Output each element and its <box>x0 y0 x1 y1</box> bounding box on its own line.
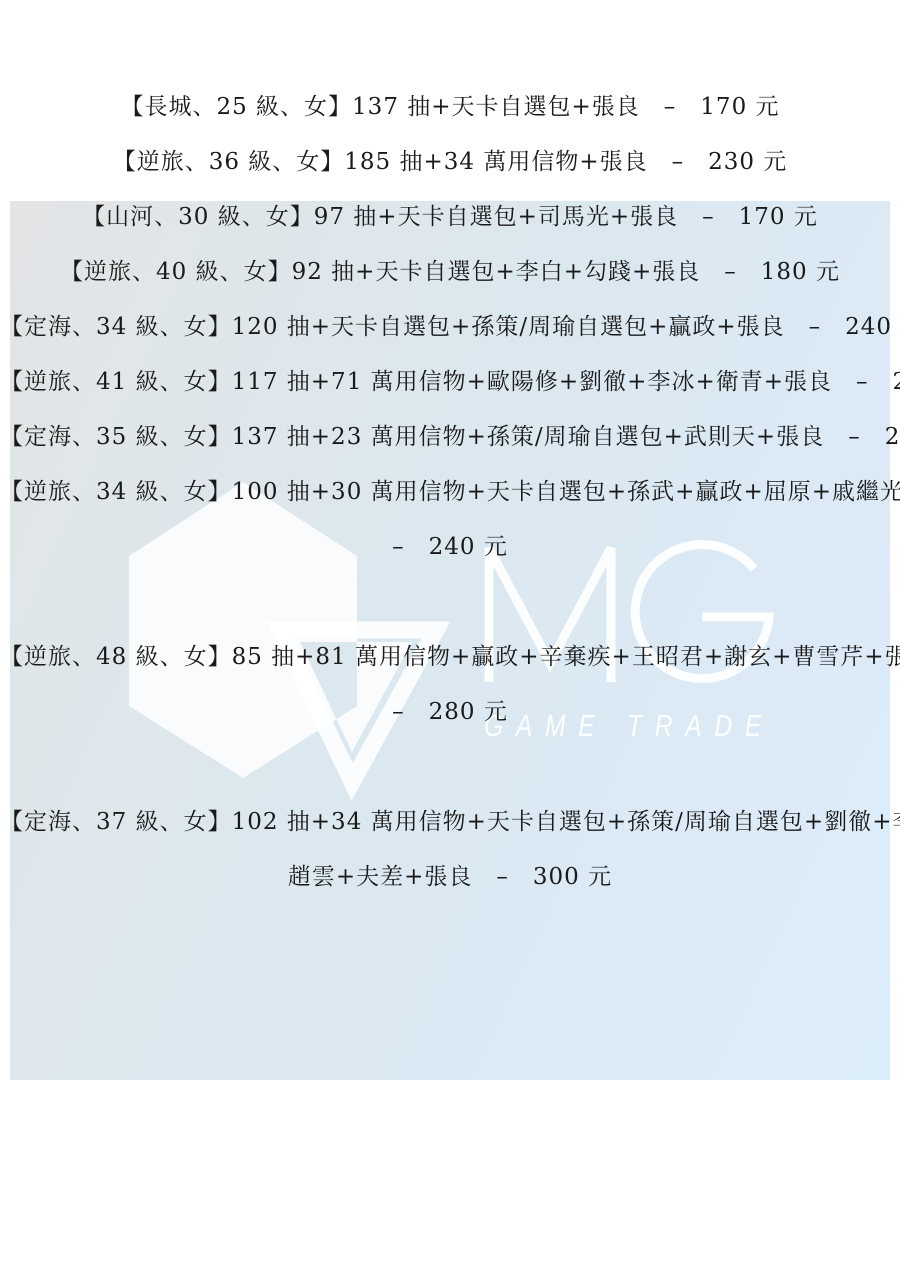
listing-line: 【長城、25 級、女】137 抽+天卡自選包+張良 – 170 元 <box>0 80 900 135</box>
document-page: GAME TRADE 【長城、25 級、女】137 抽+天卡自選包+張良 – 1… <box>0 0 900 1273</box>
listing-line: 【逆旅、36 級、女】185 抽+34 萬用信物+張良 – 230 元 <box>0 135 900 190</box>
listing-item: 【逆旅、34 級、女】100 抽+30 萬用信物+天卡自選包+孫武+贏政+屈原+… <box>0 465 900 575</box>
listing-item: 【定海、37 級、女】102 抽+34 萬用信物+天卡自選包+孫策/周瑜自選包+… <box>0 795 900 905</box>
account-listings: 【長城、25 級、女】137 抽+天卡自選包+張良 – 170 元【逆旅、36 … <box>0 80 900 905</box>
listing-line: – 280 元 <box>0 685 900 740</box>
listing-item: 【逆旅、40 級、女】92 抽+天卡自選包+李白+勾踐+張良 – 180 元 <box>0 245 900 300</box>
listing-item: 【逆旅、41 級、女】117 抽+71 萬用信物+歐陽修+劉徹+李冰+衛青+張良… <box>0 355 900 410</box>
listing-line: 【逆旅、40 級、女】92 抽+天卡自選包+李白+勾踐+張良 – 180 元 <box>0 245 900 300</box>
listing-line: 【定海、35 級、女】137 抽+23 萬用信物+孫策/周瑜自選包+武則天+張良… <box>0 410 900 465</box>
listing-line: 【山河、30 級、女】97 抽+天卡自選包+司馬光+張良 – 170 元 <box>0 190 900 245</box>
listing-item: 【定海、34 級、女】120 抽+天卡自選包+孫策/周瑜自選包+贏政+張良 – … <box>0 300 900 355</box>
listing-item: 【逆旅、36 級、女】185 抽+34 萬用信物+張良 – 230 元 <box>0 135 900 190</box>
listing-item: 【逆旅、48 級、女】85 抽+81 萬用信物+贏政+辛棄疾+王昭君+謝玄+曹雪… <box>0 630 900 740</box>
listing-line: 【逆旅、34 級、女】100 抽+30 萬用信物+天卡自選包+孫武+贏政+屈原+… <box>0 465 900 520</box>
listing-line: 【定海、34 級、女】120 抽+天卡自選包+孫策/周瑜自選包+贏政+張良 – … <box>0 300 900 355</box>
listing-line: 【逆旅、41 級、女】117 抽+71 萬用信物+歐陽修+劉徹+李冰+衛青+張良… <box>0 355 900 410</box>
listing-line: 【逆旅、48 級、女】85 抽+81 萬用信物+贏政+辛棄疾+王昭君+謝玄+曹雪… <box>0 630 900 685</box>
listing-item: 【長城、25 級、女】137 抽+天卡自選包+張良 – 170 元 <box>0 80 900 135</box>
listing-item: 【定海、35 級、女】137 抽+23 萬用信物+孫策/周瑜自選包+武則天+張良… <box>0 410 900 465</box>
listing-line: 【定海、37 級、女】102 抽+34 萬用信物+天卡自選包+孫策/周瑜自選包+… <box>0 795 900 850</box>
listing-line: 趙雲+夫差+張良 – 300 元 <box>0 850 900 905</box>
listing-item: 【山河、30 級、女】97 抽+天卡自選包+司馬光+張良 – 170 元 <box>0 190 900 245</box>
listing-line: – 240 元 <box>0 520 900 575</box>
